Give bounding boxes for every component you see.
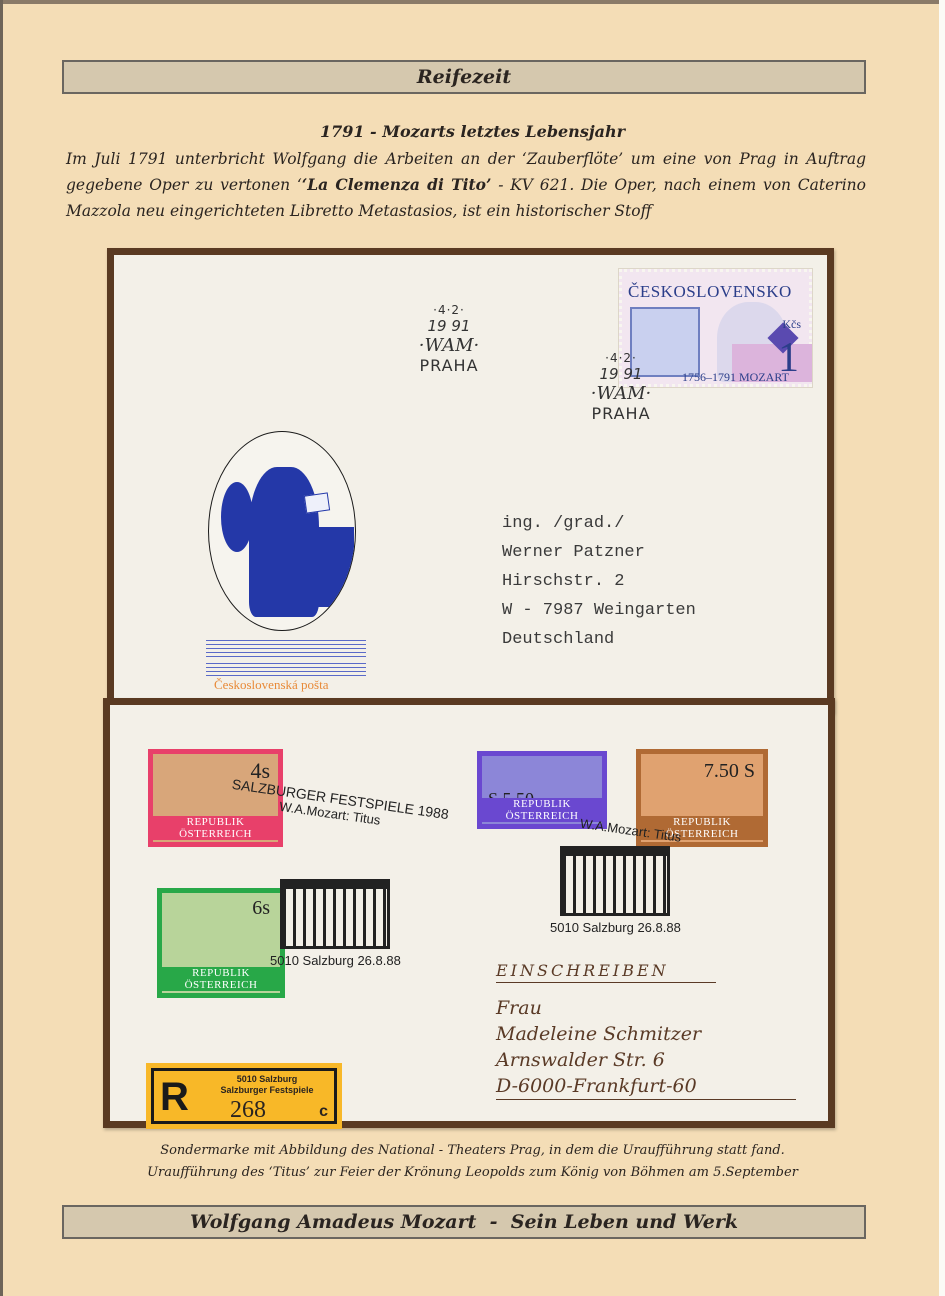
postmark-city: PRAHA [404, 356, 494, 375]
stamp-name: 1756–1791 MOZART [682, 370, 789, 385]
music-sheet [304, 492, 330, 513]
office-line: 5010 Salzburg [202, 1074, 332, 1085]
postmark-date: ·4·2· [576, 351, 666, 365]
desk-silhouette [309, 527, 354, 607]
austrian-stamp-6s: 6s REPUBLIK ÖSTERREICH [157, 888, 285, 998]
registration-label: R 5010 Salzburg Salzburger Festspiele 26… [146, 1063, 342, 1129]
page-footer-banner: Wolfgang Amadeus Mozart - Sein Leben und… [62, 1205, 866, 1239]
stamp-country: REPUBLIK ÖSTERREICH [162, 967, 280, 991]
handwritten-address: Frau Madeleine Schmitzer Arnswalder Str.… [496, 995, 796, 1100]
address-line: Arnswalder Str. 6 [496, 1047, 796, 1073]
festival-postmark-gate: 5010 Salzburg 26.8.88 [550, 842, 681, 935]
address-line: Werner Patzner [502, 538, 696, 567]
address-line: Deutschland [502, 625, 696, 654]
address-line: D-6000-Frankfurt-60 [496, 1073, 796, 1100]
address-line: ing. /grad./ [502, 509, 696, 538]
festival-postmark-gate: 5010 Salzburg 26.8.88 [270, 875, 401, 968]
postmark-monogram: ·WAM· [576, 383, 666, 404]
cachet-caption: Československá pošta [214, 677, 328, 693]
postmark-place-date: 5010 Salzburg 26.8.88 [550, 920, 681, 935]
praha-postmark: ·4·2· 19 91 ·WAM· PRAHA [576, 351, 666, 423]
gate-illustration [560, 846, 670, 916]
praha-postmark: ·4·2· 19 91 ·WAM· PRAHA [404, 303, 494, 375]
page-edge [0, 0, 945, 4]
stamp-currency: Kčs [782, 317, 801, 332]
czechoslovak-cover: ČESKOSLOVENSKO Kčs 1 1756–1791 MOZART ·4… [107, 248, 834, 713]
address-line: W - 7987 Weingarten [502, 596, 696, 625]
registration-suffix: c [319, 1103, 328, 1121]
address-line: Madeleine Schmitzer [496, 1021, 796, 1047]
address-line: Frau [496, 995, 796, 1021]
office-line: Salzburger Festspiele [202, 1085, 332, 1096]
page-title: Reifezeit [417, 66, 511, 88]
stamp-country: REPUBLIK ÖSTERREICH [153, 816, 278, 840]
austrian-cover: 4s REPUBLIK ÖSTERREICH 6s REPUBLIK ÖSTER… [103, 698, 835, 1128]
intro-heading: 1791 - Mozarts letztes Lebensjahr [0, 122, 945, 141]
stamp-value: 6s [252, 897, 270, 920]
mozart-silhouette-cachet [208, 431, 356, 631]
page-header-banner: Reifezeit [62, 60, 866, 94]
recipient-address: ing. /grad./ Werner Patzner Hirschstr. 2… [502, 509, 696, 654]
page-edge [0, 0, 3, 1296]
postmark-year: 19 91 [404, 317, 494, 335]
address-line: Hirschstr. 2 [502, 567, 696, 596]
page-edge [939, 0, 945, 1296]
stamp-value: 7.50 S [704, 760, 755, 783]
registration-office: 5010 Salzburg Salzburger Festspiele [202, 1074, 332, 1096]
intro-paragraph: Im Juli 1791 unterbricht Wolfgang die Ar… [66, 146, 866, 224]
music-score-illustration [206, 637, 366, 675]
caption-line: Uraufführung des ‘Titus’ zur Feier der K… [0, 1162, 945, 1184]
gate-illustration [280, 879, 390, 949]
stamp-country: ČESKOSLOVENSKO [628, 282, 792, 302]
page-caption: Sondermarke mit Abbildung des National -… [0, 1140, 945, 1184]
postmark-city: PRAHA [576, 404, 666, 423]
footer-title: Wolfgang Amadeus Mozart - Sein Leben und… [190, 1211, 738, 1233]
postmark-year: 19 91 [576, 365, 666, 383]
registered-mail-note: EINSCHREIBEN [496, 961, 716, 983]
opera-title: ‘La Clemenza di Tito’ [302, 175, 492, 194]
registration-letter: R [160, 1075, 189, 1120]
postmark-date: ·4·2· [404, 303, 494, 317]
postmark-monogram: ·WAM· [404, 335, 494, 356]
caption-line: Sondermarke mit Abbildung des National -… [0, 1140, 945, 1162]
registration-number: 268 [230, 1097, 266, 1124]
postmark-place-date: 5010 Salzburg 26.8.88 [270, 953, 401, 968]
